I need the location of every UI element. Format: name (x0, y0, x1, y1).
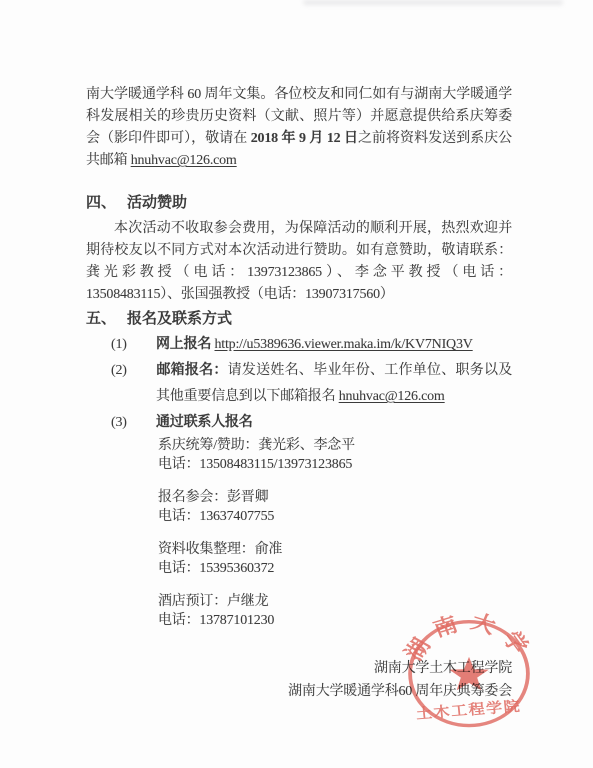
scanned-document-page: 南大学暖通学科 60 周年文集。各位校友和同仁如有与湖南大学暖通学 科发展相关的… (0, 0, 593, 768)
contact-group-coordination: 系庆统筹/赞助：龚光彩、李念平 电话：13508483115/139731238… (158, 436, 512, 474)
item-email-registration-cont: 其他重要信息到以下邮箱报名 hnuhvac@126.com (86, 384, 512, 410)
section-4-title: 活动赞助 (127, 195, 187, 211)
sponsorship-line-2: 期待校友以不同方式对本次活动进行赞助。如有意赞助，敬请联系： (86, 240, 512, 262)
registration-email-link[interactable]: hnuhvac@126.com (339, 389, 445, 404)
contact-role: 系庆统筹/赞助：龚光彩、李念平 (158, 436, 512, 455)
contact-role: 报名参会：彭晋卿 (158, 488, 512, 507)
intro-line-3-post: 之前将资料发送到系庆公 (358, 131, 512, 146)
contact-group-attendance: 报名参会：彭晋卿 电话：13637407755 (158, 488, 512, 526)
sponsorship-line-3: 龚光彩教授（电话：13973123865）、李念平教授（电话： (86, 262, 512, 284)
deadline-date: 2018 年 9 月 12 日 (251, 131, 358, 146)
item-1-number: (1) (111, 332, 156, 358)
section-5-title: 报名及联系方式 (127, 311, 232, 327)
contact-phone: 电话：15395360372 (158, 559, 512, 578)
item-3-number: (3) (111, 410, 156, 436)
registration-url-link[interactable]: http://u5389636.viewer.maka.im/k/KV7NIQ3… (215, 337, 473, 352)
item-2-line-2-pre: 其他重要信息到以下邮箱报名 (156, 389, 339, 404)
section-4-number: 四、 (86, 192, 116, 214)
sponsorship-line-4: 13508483115）、张国强教授（电话：13907317560） (86, 284, 512, 306)
intro-line-4: 共邮箱 hnuhvac@126.com (86, 150, 512, 172)
contact-phone: 电话：13508483115/13973123865 (158, 455, 512, 474)
sponsorship-paragraph: 本次活动不收取参会费用，为保障活动的顺利开展，热烈欢迎并 期待校友以不同方式对本… (86, 218, 512, 306)
signature-org-2: 湖南大学暖通学科60 周年庆典筹委会 (86, 680, 512, 703)
contact-phone: 电话：13637407755 (158, 507, 512, 526)
item-online-registration: (1)网上报名 http://u5389636.viewer.maka.im/k… (86, 332, 512, 358)
contact-role: 资料收集整理：俞准 (158, 540, 512, 559)
contact-group-materials: 资料收集整理：俞准 电话：15395360372 (158, 540, 512, 578)
section-5-number: 五、 (86, 308, 116, 330)
document-body: 南大学暖通学科 60 周年文集。各位校友和同仁如有与湖南大学暖通学 科发展相关的… (86, 84, 512, 703)
contact-group-hotel: 酒店预订：卢继龙 电话：13787101230 (158, 592, 512, 630)
intro-paragraph: 南大学暖通学科 60 周年文集。各位校友和同仁如有与湖南大学暖通学 科发展相关的… (86, 84, 512, 172)
registration-methods-list: (1)网上报名 http://u5389636.viewer.maka.im/k… (86, 332, 512, 436)
contact-phone: 电话：13787101230 (158, 611, 512, 630)
contact-list: 系庆统筹/赞助：龚光彩、李念平 电话：13508483115/139731238… (86, 436, 512, 630)
sponsorship-line-1: 本次活动不收取参会费用，为保障活动的顺利开展，热烈欢迎并 (86, 218, 512, 240)
signature-block: 湖南大学土木工程学院 湖南大学暖通学科60 周年庆典筹委会 (86, 657, 512, 703)
item-contact-registration: (3)通过联系人报名 (86, 410, 512, 436)
intro-line-1: 南大学暖通学科 60 周年文集。各位校友和同仁如有与湖南大学暖通学 (86, 84, 512, 106)
item-2-label: 邮箱报名： (156, 363, 228, 378)
item-email-registration: (2)邮箱报名：请发送姓名、毕业年份、工作单位、职务以及 (86, 358, 512, 384)
intro-line-4-pre: 共邮箱 (86, 153, 131, 168)
public-email-link[interactable]: hnuhvac@126.com (131, 153, 237, 168)
item-3-label: 通过联系人报名 (156, 415, 253, 430)
item-2-number: (2) (111, 358, 156, 384)
intro-line-3: 会（影印件即可），敬请在 2018 年 9 月 12 日之前将资料发送到系庆公 (86, 128, 512, 150)
signature-org-1: 湖南大学土木工程学院 (86, 657, 512, 680)
item-1-label: 网上报名 (156, 337, 215, 352)
contact-role: 酒店预订：卢继龙 (158, 592, 512, 611)
intro-line-3-pre: 会（影印件即可），敬请在 (86, 131, 251, 146)
section-4-heading: 四、活动赞助 (86, 192, 512, 214)
item-2-text: 请发送姓名、毕业年份、工作单位、职务以及 (228, 363, 512, 378)
scan-smudge-artifact (303, 0, 563, 5)
section-5-heading: 五、报名及联系方式 (86, 308, 512, 330)
intro-line-2: 科发展相关的珍贵历史资料（文献、照片等）并愿意提供给系庆筹委 (86, 106, 512, 128)
